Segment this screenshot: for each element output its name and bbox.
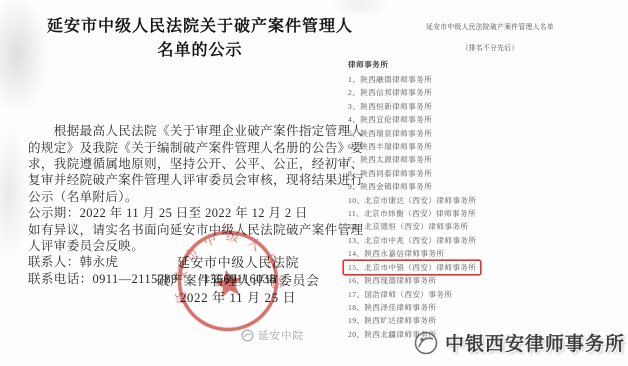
yanan-court-watermark: 延安中院 (241, 328, 304, 343)
announcement-title: 延安市中级人民法院关于破产案件管理人 名单的公示 (20, 15, 380, 63)
announcement-body-line: 公示（名单附后）。 (28, 189, 138, 205)
announcement-body-line: 求，我院遵循属地原则，坚持公开、公平、公正，经初审、 (28, 156, 363, 172)
right-document-page: 延安市中级人民法院破产案件管理人名单 （排名不分先后） 律师事务所 1、陕西融德… (340, 0, 628, 366)
law-firm-item: 17、国浩律师（西安）事务所 (348, 288, 452, 301)
law-firm-item: 8、陕西同泰律师事务所 (348, 167, 432, 180)
seal-star-icon (212, 267, 245, 299)
law-firm-item: 1、陕西融德律师事务所 (348, 73, 432, 86)
law-firm-item: 10、北京市康达（西安）律师事务所 (348, 194, 476, 207)
zhongyin-logo-icon (413, 330, 439, 356)
roster-subtitle: （排名不分先后） (400, 42, 580, 52)
announcement-body-line: 联系人：韩永虎 (28, 254, 118, 270)
law-firm-item: 4、陕西宜伦律师事务所 (348, 113, 432, 126)
announcement-body-line: 根据最高人民法院《关于审理企业破产案件指定管理人 (28, 123, 363, 139)
law-firm-item: 6、陕西丰瑞律师事务所 (348, 140, 432, 153)
announcement-body-line: 人评审委员会反映。 (28, 238, 144, 254)
announcement-title-line2: 名单的公示 (20, 39, 380, 63)
yanan-court-logo-icon (241, 329, 254, 342)
law-firm-list: 1、陕西融德律师事务所2、陕西信邦律师事务所3、陕西恒新律师事务所4、陕西宜伦律… (348, 73, 548, 341)
law-firm-item: 5、陕西瑞泉律师事务所 (348, 127, 432, 140)
law-firm-item: 16、陕西现德律师事务所 (348, 274, 436, 287)
law-firm-item: 11、北京市炜衡（西安）律师事务所 (348, 207, 476, 220)
zhongyin-logo-text: 中银西安律师事务所 (445, 329, 625, 356)
announcement-body-line: 的规定》及我院《关于编制破产案件管理人名册的公告》要 (28, 140, 363, 156)
zhongyin-xian-logo: 中银西安律师事务所 (413, 329, 625, 356)
law-firm-item: 18、陕西泽佳律师事务所 (348, 301, 436, 314)
announcement-title-line1: 延安市中级人民法院关于破产案件管理人 (20, 15, 380, 39)
law-firm-item: 2、陕西信邦律师事务所 (348, 86, 432, 99)
law-firm-item: 7、陕西太源律师事务所 (348, 153, 432, 166)
law-firm-item: 12、北京德恒（西安）律师事务所 (348, 220, 468, 233)
law-firm-list-header: 律师事务所 (348, 59, 388, 70)
yanan-watermark-label: 延安中院 (258, 328, 304, 343)
law-firm-item: 15、北京市中银（西安）律师事务所 (344, 261, 480, 274)
law-firm-item: 14、陕西永嘉信律师事务所 (348, 247, 444, 260)
law-firm-item: 3、陕西恒新律师事务所 (348, 100, 432, 113)
law-firm-item: 9、陕西金镇律师事务所 (348, 180, 432, 193)
law-firm-item: 19、陕西旷达律师事务所 (348, 314, 436, 327)
law-firm-item: 13、北京市中兆（西安）律师事务所 (348, 234, 476, 247)
roster-title: 延安市中级人民法院破产案件管理人名单 (400, 21, 580, 31)
announcement-body-line: 复审并经院破产案件管理人评审委员会审核，现将结果进行 (28, 172, 363, 188)
scanned-announcement-image: 延安市中级人民法院关于破产案件管理人 名单的公示 根据最高人民法院《关于审理企业… (0, 0, 628, 366)
